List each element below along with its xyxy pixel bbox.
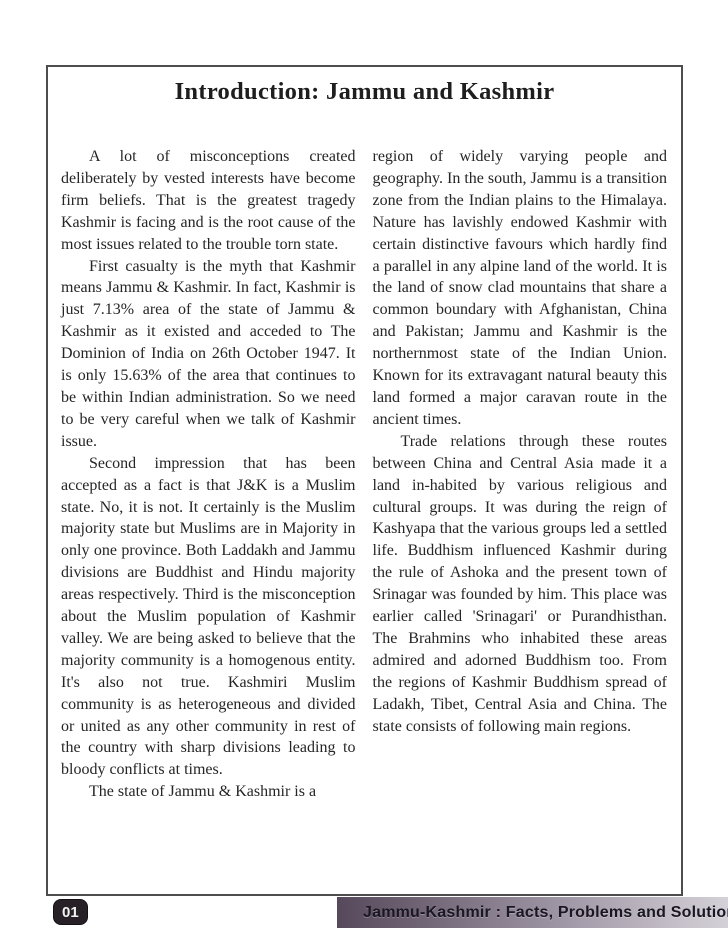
right-column: region of widely varying people and geog…: [373, 146, 668, 803]
two-column-layout: A lot of misconceptions created delibera…: [48, 146, 681, 803]
footer-title-bar: Jammu-Kashmir : Facts, Problems and Solu…: [337, 897, 728, 928]
document-page: Introduction: Jammu and Kashmir A lot of…: [0, 0, 728, 947]
content-border-box: Introduction: Jammu and Kashmir A lot of…: [46, 65, 683, 896]
footer-book-title: Jammu-Kashmir : Facts, Problems and Solu…: [337, 904, 728, 922]
paragraph-state-intro: The state of Jammu & Kashmir is a: [61, 781, 356, 803]
paragraph-second-impression: Second impression that has been accepted…: [61, 453, 356, 782]
paragraph-misconceptions: A lot of misconceptions created delibera…: [61, 146, 356, 256]
paragraph-region-continuation: region of widely varying people and geog…: [373, 146, 668, 431]
page-number-badge: 01: [53, 899, 88, 925]
paragraph-first-casualty: First casualty is the myth that Kashmir …: [61, 256, 356, 453]
paragraph-trade-relations: Trade relations through these routes bet…: [373, 431, 668, 738]
left-column: A lot of misconceptions created delibera…: [61, 146, 356, 803]
page-title: Introduction: Jammu and Kashmir: [48, 78, 681, 106]
